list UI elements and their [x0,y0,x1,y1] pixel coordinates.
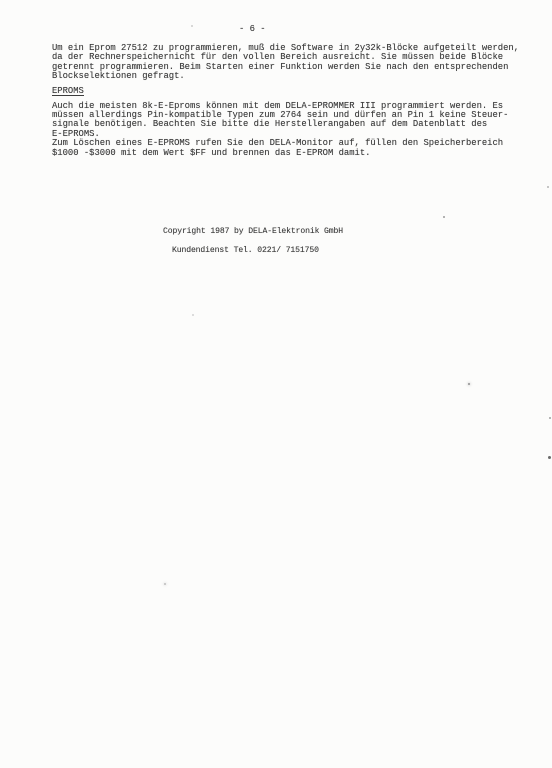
scan-speck [468,383,470,385]
page-number: - 6 - [239,25,266,34]
eproms-heading-text: EPROMS [52,87,84,96]
intro-paragraph: Um ein Eprom 27512 zu programmieren, muß… [52,44,532,82]
scan-speck [549,417,551,419]
scan-speck [548,456,551,459]
eproms-section-heading: EPROMS [52,87,84,96]
scan-speck [191,25,193,27]
scanned-document-page: - 6 - Um ein Eprom 27512 zu programmiere… [0,0,552,768]
scan-speck [164,583,166,585]
service-phone-line: Kundendienst Tel. 0221/ 7151750 [172,246,319,255]
scan-speck [192,314,194,316]
scan-speck [547,186,549,188]
scan-speck [443,216,445,218]
copyright-line: Copyright 1987 by DELA-Elektronik GmbH [163,227,343,236]
eproms-paragraph: Auch die meisten 8k-E-Eproms können mit … [52,102,532,158]
